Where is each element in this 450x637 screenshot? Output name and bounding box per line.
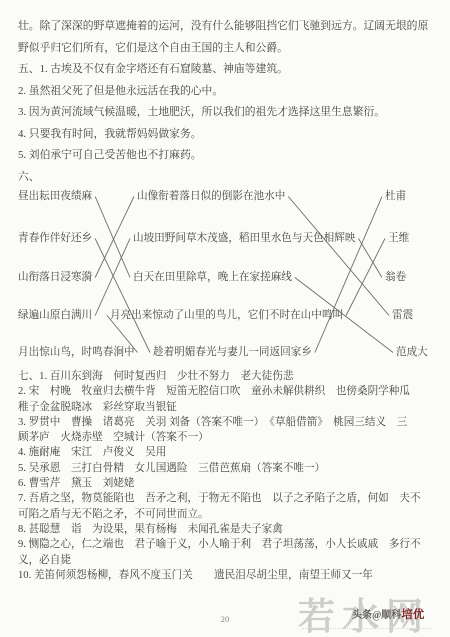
text-line: 野似乎归它们所有，它们是这个自由王国的主人和公爵。 — [18, 38, 434, 60]
text-line: 4. 只要我有时间，我就帮妈妈做家务。 — [18, 124, 434, 146]
text-line: 2. 宋 村晚 牧童归去横牛背 短笛无腔信口吹 童孙未解供耕织 也傍桑阴学种瓜 — [18, 384, 434, 399]
match-middle-item: 山坡田野间草木茂盛，稻田里水色与天色相辉映 — [133, 232, 355, 245]
text-line: 五、1. 古埃及不仅有金字塔还有石窟陵墓、神庙等建筑。 — [18, 59, 434, 81]
match-right-item: 王维 — [388, 232, 409, 245]
text-line: 4. 施耐庵 宋江 卢俊义 吴用 — [18, 445, 434, 460]
text-line: 10. 羌笛何须怨杨柳，春风不度玉门关 遗民泪尽胡尘里，南望王师又一年 — [18, 568, 434, 583]
watermark-underline-decoration — [302, 628, 432, 629]
text-line: 可陷之盾与无不陷之矛，不可同世而立。 — [18, 507, 434, 522]
match-left-item: 昼出耘田夜绩麻 — [18, 190, 92, 203]
match-right-item: 翁卷 — [385, 271, 406, 284]
text-line: 七、1. 百川东到海 何时复西归 少壮不努力 老大徒伤悲 — [18, 369, 434, 384]
text-line: 3. 因为黄河流域气候温暖，土地肥沃，所以我们的祖先才选择这里生息繁衍。 — [18, 102, 434, 124]
text-line: 9. 恻隐之心，仁之端也 君子喻于义，小人喻于利 君子坦荡荡，小人长戚戚 多行不 — [18, 537, 434, 552]
match-middle-item: 白天在田里除草，晚上在家搓麻线 — [133, 271, 292, 284]
text-line: 义，必自毙 — [18, 553, 434, 568]
watermark-account-overlay: 头条@顺科培优 — [352, 606, 424, 622]
text-line: 壮。除了深深的野草遮掩着的运河，没有什么能够阻挡它们飞驰到远方。辽阔无垠的原 — [18, 16, 434, 38]
match-middle-item: 山像衔着落日似的倒影在池水中 — [137, 190, 285, 203]
answer-sheet-page: 壮。除了深深的野草遮掩着的运河，没有什么能够阻挡它们飞驰到远方。辽阔无垠的原 野… — [0, 0, 450, 637]
match-left-item: 青春作伴好还乡 — [18, 232, 92, 245]
top-text-block: 壮。除了深深的野草遮掩着的运河，没有什么能够阻挡它们飞驰到远方。辽阔无垠的原 野… — [18, 16, 434, 188]
section-six-heading: 六、 — [18, 167, 434, 189]
watermark: 若水网 头条@顺科培优 — [298, 586, 448, 634]
match-left-item: 月出惊山鸟，时鸣春涧中 — [18, 346, 135, 359]
text-line: 3. 罗贯中 曹操 诸葛亮 关羽 刘备（答案不唯一） 《草船借箭》 桃园三结义 … — [18, 415, 434, 430]
text-line: 稚子金盆脱晓冰 彩丝穿取当银钲 — [18, 400, 434, 415]
bottom-text-block: 七、1. 百川东到海 何时复西归 少壮不努力 老大徒伤悲 2. 宋 村晚 牧童归… — [18, 369, 434, 583]
text-line: 顾茅庐 火烧赤壁 空城计（答案不一） — [18, 430, 434, 445]
text-line: 6. 曹雪芹 黛玉 刘姥姥 — [18, 476, 434, 491]
match-right-item: 范成大 — [396, 346, 428, 359]
text-line: 2. 虽然祖父死了但是他永远活在我的心中。 — [18, 81, 434, 103]
watermark-account-text: 头条@顺科 — [352, 610, 401, 621]
match-middle-item: 趁着明媚春光与妻儿一同返回家乡 — [153, 346, 312, 359]
matching-exercise: 昼出耘田夜绩麻 青春作伴好还乡 山衔落日浸寒漪 绿遍山原白满川 月出惊山鸟，时鸣… — [0, 186, 450, 370]
text-line: 7. 吾盾之坚，物莫能陷也 吾矛之利，于物无不陷也 以子之矛陷子之盾，何如 夫不 — [18, 491, 434, 506]
text-line: 5. 刘伯承宁可自己受苦他也不打麻药。 — [18, 145, 434, 167]
match-right-item: 雷震 — [392, 309, 413, 322]
watermark-badge: 培优 — [401, 609, 424, 621]
text-line: 5. 吴承恩 三打白骨精 女儿国遇险 三借芭蕉扇（答案不唯一） — [18, 461, 434, 476]
match-right-item: 杜甫 — [385, 190, 406, 203]
match-left-item: 绿遍山原白满川 — [18, 309, 92, 322]
match-left-item: 山衔落日浸寒漪 — [18, 271, 92, 284]
match-middle-item: 月亮出来惊动了山里的鸟儿，它们不时在山中鸣叫 — [110, 309, 343, 322]
text-line: 8. 甚聪慧 诣 为设果，果有杨梅 未闻孔雀是夫子家禽 — [18, 522, 434, 537]
